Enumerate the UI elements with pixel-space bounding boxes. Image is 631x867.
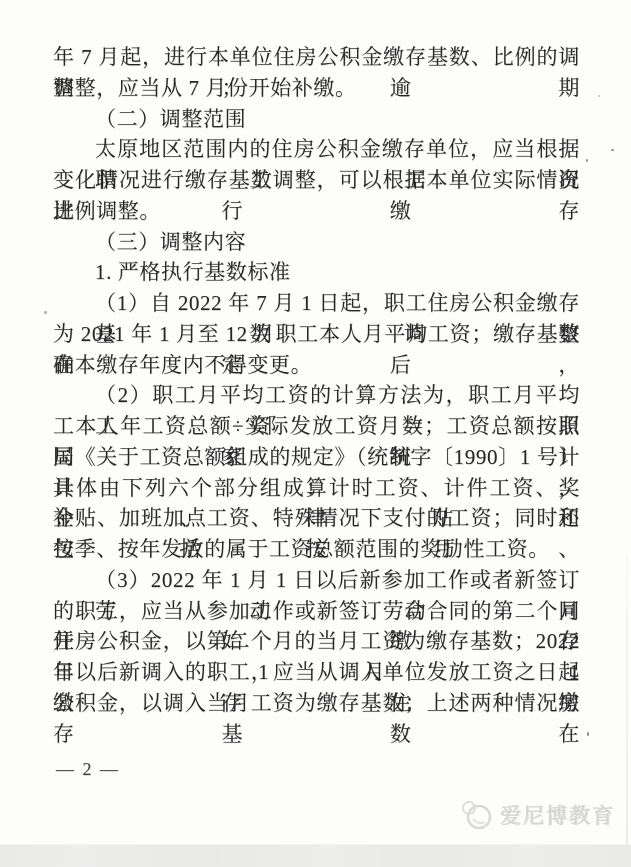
scan-speck xyxy=(586,159,588,162)
text-line: 工本人年工资总额÷实际发放工资月数；工资总额按照国家统计 xyxy=(53,411,580,442)
text-line: （2）职工月平均工资的计算方法为，职工月平均工资＝职 xyxy=(53,380,580,411)
text-line: 太原地区范围内的住房公积金缴存单位，应当根据职工工资 xyxy=(53,134,580,165)
text-line: （3）2022 年 1 月 1 日以后新参加工作或者新签订劳动合同 xyxy=(53,565,580,596)
text-line: 日以后新调入的职工，应当从调入单位发放工资之日起缴存住房 xyxy=(53,657,580,688)
scan-speck xyxy=(587,732,589,736)
scan-speck xyxy=(569,645,572,647)
text-line: 具体由下列六个部分组成：计时工资、计件工资、奖金、津贴和 xyxy=(53,473,580,504)
text-line: 1. 严格执行基数标准 xyxy=(53,257,580,288)
bottom-scan-band xyxy=(0,844,631,867)
text-line: 按季、按年发放的属于工资总额范围的奖励性工资。 xyxy=(53,534,580,565)
text-line: （三）调整内容 xyxy=(53,227,580,258)
brand-logo-icon xyxy=(459,799,493,831)
document-body: 年 7 月起，进行本单位住房公积金缴存基数、比例的调整；逾期调整，应当从 7 月… xyxy=(53,42,580,719)
right-edge-shadow xyxy=(626,555,628,845)
text-line: 年 7 月起，进行本单位住房公积金缴存基数、比例的调整；逾期 xyxy=(53,42,580,73)
text-line: 变化情况进行缴存基数调整，可以根据本单位实际情况进行缴存 xyxy=(53,165,580,196)
text-line: 公积金，以调入当月工资为缴存基数；上述两种情况缴存基数在 xyxy=(53,688,580,719)
text-line: 补贴、加班加点工资、特殊情况下支付的工资；同时还包括按月、 xyxy=(53,503,580,534)
scan-speck xyxy=(598,95,600,97)
text-line: 的职工，应当从参加工作或新签订劳动合同的第二个月开始缴存 xyxy=(53,596,580,627)
text-line: 局《关于工资总额组成的规定》（统制字〔1990〕1 号）计算， xyxy=(53,442,580,473)
text-line: 住房公积金，以第二个月的当月工资为缴存基数；2022 年 1 月 1 xyxy=(53,626,580,657)
text-line: （1）自 2022 年 7 月 1 日起，职工住房公积金缴存基数调整 xyxy=(53,288,580,319)
watermark-text: 爱尼博教育 xyxy=(500,800,615,830)
page-number: — 2 — xyxy=(56,758,120,780)
text-line: 为 2021 年 1 月至 12 月职工本人月平均工资；缴存基数确定后， xyxy=(53,319,580,350)
scan-speck xyxy=(566,151,569,153)
scan-speck xyxy=(44,311,47,314)
text-line: （二）调整范围 xyxy=(53,104,580,135)
scan-speck xyxy=(561,730,564,732)
scan-speck xyxy=(611,149,614,151)
brand-watermark: 爱尼博教育 xyxy=(459,799,615,831)
scanned-document-page: 年 7 月起，进行本单位住房公积金缴存基数、比例的调整；逾期调整，应当从 7 月… xyxy=(0,0,631,867)
